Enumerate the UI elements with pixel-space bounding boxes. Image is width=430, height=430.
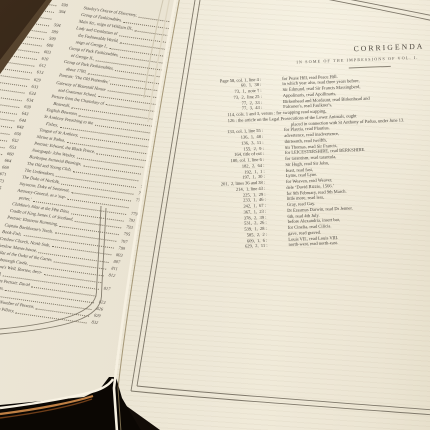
corrigenda-correction: Sir Edmund, read Sir Francis Massingberd… bbox=[261, 84, 360, 94]
corrigenda-entry: 73, 2, line 25 : Appolinaris, read Apoll… bbox=[206, 86, 430, 102]
corrigenda-location bbox=[207, 117, 263, 125]
corrigenda-entry: 60, 1, 38 : in which year also, read thr… bbox=[205, 74, 430, 90]
corrigenda-entry: 225, 1, 29 : for 9th February, read 9th … bbox=[210, 183, 430, 199]
corrigenda-entry: 629, 2, 11 : north-west, read north-east… bbox=[211, 235, 430, 251]
corrigenda-entry: 378, 2, 39 : 6th, read 4th July. bbox=[210, 206, 430, 222]
corrigenda-correction: placed in connection with St Anthony of … bbox=[207, 117, 405, 130]
corrigenda-location: 182, 2, 64 : bbox=[208, 163, 264, 171]
corrigenda-correction: dele ‘David Rizzio, 1566.’ bbox=[265, 183, 334, 191]
divider-rule bbox=[349, 65, 391, 68]
corrigenda-location: 155, 2, 9 : bbox=[208, 145, 264, 153]
corrigenda-location: 225, 1, 29 : bbox=[210, 191, 266, 199]
corrigenda-title: CORRIGENDA bbox=[258, 38, 430, 57]
corrigenda-correction: for LEICESTERSHIRE, read BERKSHIRE. bbox=[264, 147, 366, 157]
corrigenda-correction: 6th, read 4th July. bbox=[266, 212, 319, 220]
corrigenda-entry: 367, 1, 23 : Dr Erasmus Darwin, read Dr … bbox=[210, 201, 430, 217]
index-page-number: 812 bbox=[105, 271, 116, 279]
corrigenda-entry: 609, 1, 6 : Louis VII., read Louis VIII. bbox=[211, 229, 430, 245]
corrigenda-entry: 164, title of cut : for LEICESTERSHIRE, … bbox=[208, 143, 430, 159]
corrigenda-correction: for Plautia, read Plautius. bbox=[263, 125, 330, 133]
index-page-number: 832 bbox=[88, 318, 99, 326]
corrigenda-correction: Lyme, read Lyne. bbox=[265, 172, 318, 180]
corrigenda-correction: feast, read fast, bbox=[265, 166, 313, 174]
corrigenda-entry: 180, col. 1, line 6 : for tarantism, rea… bbox=[208, 149, 430, 165]
corrigenda-entry: 233, 1, 46 : little more, read less, bbox=[210, 189, 430, 205]
corrigenda-location: 367, 1, 23 : bbox=[210, 208, 266, 216]
open-book-photo: en Seals of France, 590 Brands in London… bbox=[0, 0, 430, 430]
corrigenda-correction: for Weaven, read Weaver, bbox=[265, 177, 332, 185]
corrigenda-entry: 214, 1, line 43 : dele ‘David Rizzio, 15… bbox=[209, 178, 430, 194]
corrigenda-correction: Gray, read Gay. bbox=[266, 201, 315, 209]
corrigenda-location bbox=[206, 111, 262, 119]
corrigenda-entry: 126 : the article on the Legal Prosecuti… bbox=[207, 109, 430, 125]
corrigenda-correction: in which year also, read three years bef… bbox=[261, 78, 359, 88]
corrigenda-entry: 136, 3, 11 : thirteenth, read twelfth, bbox=[208, 132, 430, 148]
corrigenda-location: 531, 2, 26 : bbox=[211, 220, 267, 228]
corrigenda-correction: for tarantism, read tarantula, bbox=[264, 154, 336, 163]
corrigenda-correction: for Cinelia, read Cilicia. bbox=[267, 223, 332, 231]
corrigenda-entry: 182, 2, 64 : Sir Hugh, read Sir John, bbox=[208, 155, 430, 171]
corrigenda-correction: little more, read less, bbox=[266, 195, 325, 203]
corrigenda-block: CORRIGENDA IN SOME OF THE IMPRESSIONS OF… bbox=[204, 40, 430, 251]
corrigenda-location bbox=[207, 122, 263, 130]
corrigenda-entry: 77, 2, 33 : Birkenhead and Mordaunt, rea… bbox=[206, 91, 430, 107]
corrigenda-location: 378, 2, 39 : bbox=[210, 214, 266, 222]
corrigenda-location: 136, 3, 11 : bbox=[208, 140, 264, 148]
corrigenda-location: 214, 1, line 43 : bbox=[209, 185, 265, 193]
corrigenda-correction: Dr Erasmus Darwin, read Dr Jenner. bbox=[266, 205, 353, 214]
corrigenda-correction: Sir Hugh, read Sir John, bbox=[264, 160, 329, 168]
corrigenda-location: 73, 2, line 25 : bbox=[206, 94, 262, 102]
corrigenda-location: 585, 2, 2 : bbox=[211, 231, 267, 239]
corrigenda-correction: 114, cols. 1 and 3, versus : for swappin… bbox=[206, 108, 326, 118]
corrigenda-correction: gave, read graved. bbox=[267, 229, 321, 237]
corrigenda-entry: 73, 1, note † : Sir Edmund, read Sir Fra… bbox=[206, 80, 430, 96]
corrigenda-entry: 585, 2, 2 : gave, read graved. bbox=[211, 224, 430, 240]
corrigenda-entry: 114, cols. 1 and 3, versus : for swappin… bbox=[206, 103, 430, 119]
corrigenda-location: 629, 2, 11 : bbox=[211, 243, 267, 251]
corrigenda-location: 242, 1, 67 : bbox=[210, 203, 266, 211]
corrigenda-entry: 197, 1, 30 : Lyme, read Lyne. bbox=[209, 166, 430, 182]
corrigenda-entry: 192, 1, 1 : feast, read fast, bbox=[209, 160, 430, 176]
corrigenda-location: 133, col. 1, line 55 : bbox=[207, 128, 263, 136]
corrigenda-correction: Falconer's, read Faulkner's, bbox=[262, 102, 332, 110]
corrigenda-entry: Page 58, col. 1, line 4 : for Pease Hill… bbox=[205, 68, 430, 84]
corrigenda-subtitle: IN SOME OF THE IMPRESSIONS OF VOL. I. bbox=[226, 52, 430, 67]
corrigenda-correction: advertence, read inadvertence, bbox=[263, 131, 339, 140]
corrigenda-correction: for Pease Hill, read Peace Hill. bbox=[261, 73, 338, 82]
corrigenda-location: 180, col. 1, line 6 : bbox=[208, 157, 264, 165]
corrigenda-location: 60, 1, 38 : bbox=[205, 82, 261, 90]
corrigenda-correction: north-west, read north-east. bbox=[267, 240, 338, 248]
corrigenda-entry: 539, 1, 28 : for Cinelia, read Cilicia. bbox=[211, 218, 430, 234]
corrigenda-location: 609, 1, 6 : bbox=[211, 237, 267, 245]
corrigenda-correction: 126 : the article on the Legal Prosecuti… bbox=[207, 113, 357, 124]
corrigenda-location: 192, 1, 1 : bbox=[209, 168, 265, 176]
corrigenda-location: 233, 1, 46 : bbox=[210, 197, 266, 205]
corrigenda-entry: 201, 2, lines 36 and 38 : for Weaven, re… bbox=[209, 172, 430, 188]
corrigenda-location: 201, 2, lines 36 and 38 : bbox=[209, 180, 265, 188]
corrigenda-correction: Appolinaris, read Apollinaris, bbox=[262, 91, 337, 100]
corrigenda-entry: 242, 1, 67 : Gray, read Gay. bbox=[210, 195, 430, 211]
corrigenda-list: Page 58, col. 1, line 4 : for Pease Hill… bbox=[205, 68, 430, 250]
corrigenda-location: 77, 3, 43 : bbox=[206, 105, 262, 113]
corrigenda-entry: 531, 2, 26 : before Alexandria, insert b… bbox=[211, 212, 430, 228]
corrigenda-entry: 136, 1, 48 : advertence, read inadverten… bbox=[207, 126, 430, 142]
corrigenda-entry: 77, 3, 43 : Falconer's, read Faulkner's, bbox=[206, 97, 430, 113]
corrigenda-correction: for 9th February, read 9th March. bbox=[265, 188, 346, 197]
corrigenda-location: 136, 1, 48 : bbox=[207, 134, 263, 142]
corrigenda-entry: 155, 2, 9 : Sir Thomas, read Sir Francis… bbox=[208, 137, 430, 153]
index-page-number: 817 bbox=[100, 284, 111, 292]
corrigenda-correction: Sir Thomas, read Sir Francis, bbox=[264, 142, 338, 151]
corrigenda-correction: thirteenth, read twelfth, bbox=[263, 137, 326, 145]
corrigenda-correction: Louis VII., read Louis VIII. bbox=[267, 234, 338, 242]
corrigenda-entry: 133, col. 1, line 55 : for Plautia, read… bbox=[207, 120, 430, 136]
corrigenda-location: 77, 2, 33 : bbox=[206, 99, 262, 107]
index-page-number: 675 bbox=[0, 184, 3, 192]
corrigenda-location: 197, 1, 30 : bbox=[209, 174, 265, 182]
corrigenda-location: 164, title of cut : bbox=[208, 151, 264, 159]
corrigenda-correction: before Alexandria, insert bar, bbox=[267, 217, 341, 226]
corrigenda-location: Page 58, col. 1, line 4 : bbox=[205, 76, 261, 84]
corrigenda-location: 539, 1, 28 : bbox=[211, 226, 267, 234]
corrigenda-location: 73, 1, note † : bbox=[206, 88, 262, 96]
corrigenda-correction: Birkenhead and Mordaunt, read Birkenhead… bbox=[262, 95, 370, 105]
index-page-number: 594 bbox=[55, 7, 66, 15]
corrigenda-entry: placed in connection with St Anthony of … bbox=[207, 114, 430, 130]
